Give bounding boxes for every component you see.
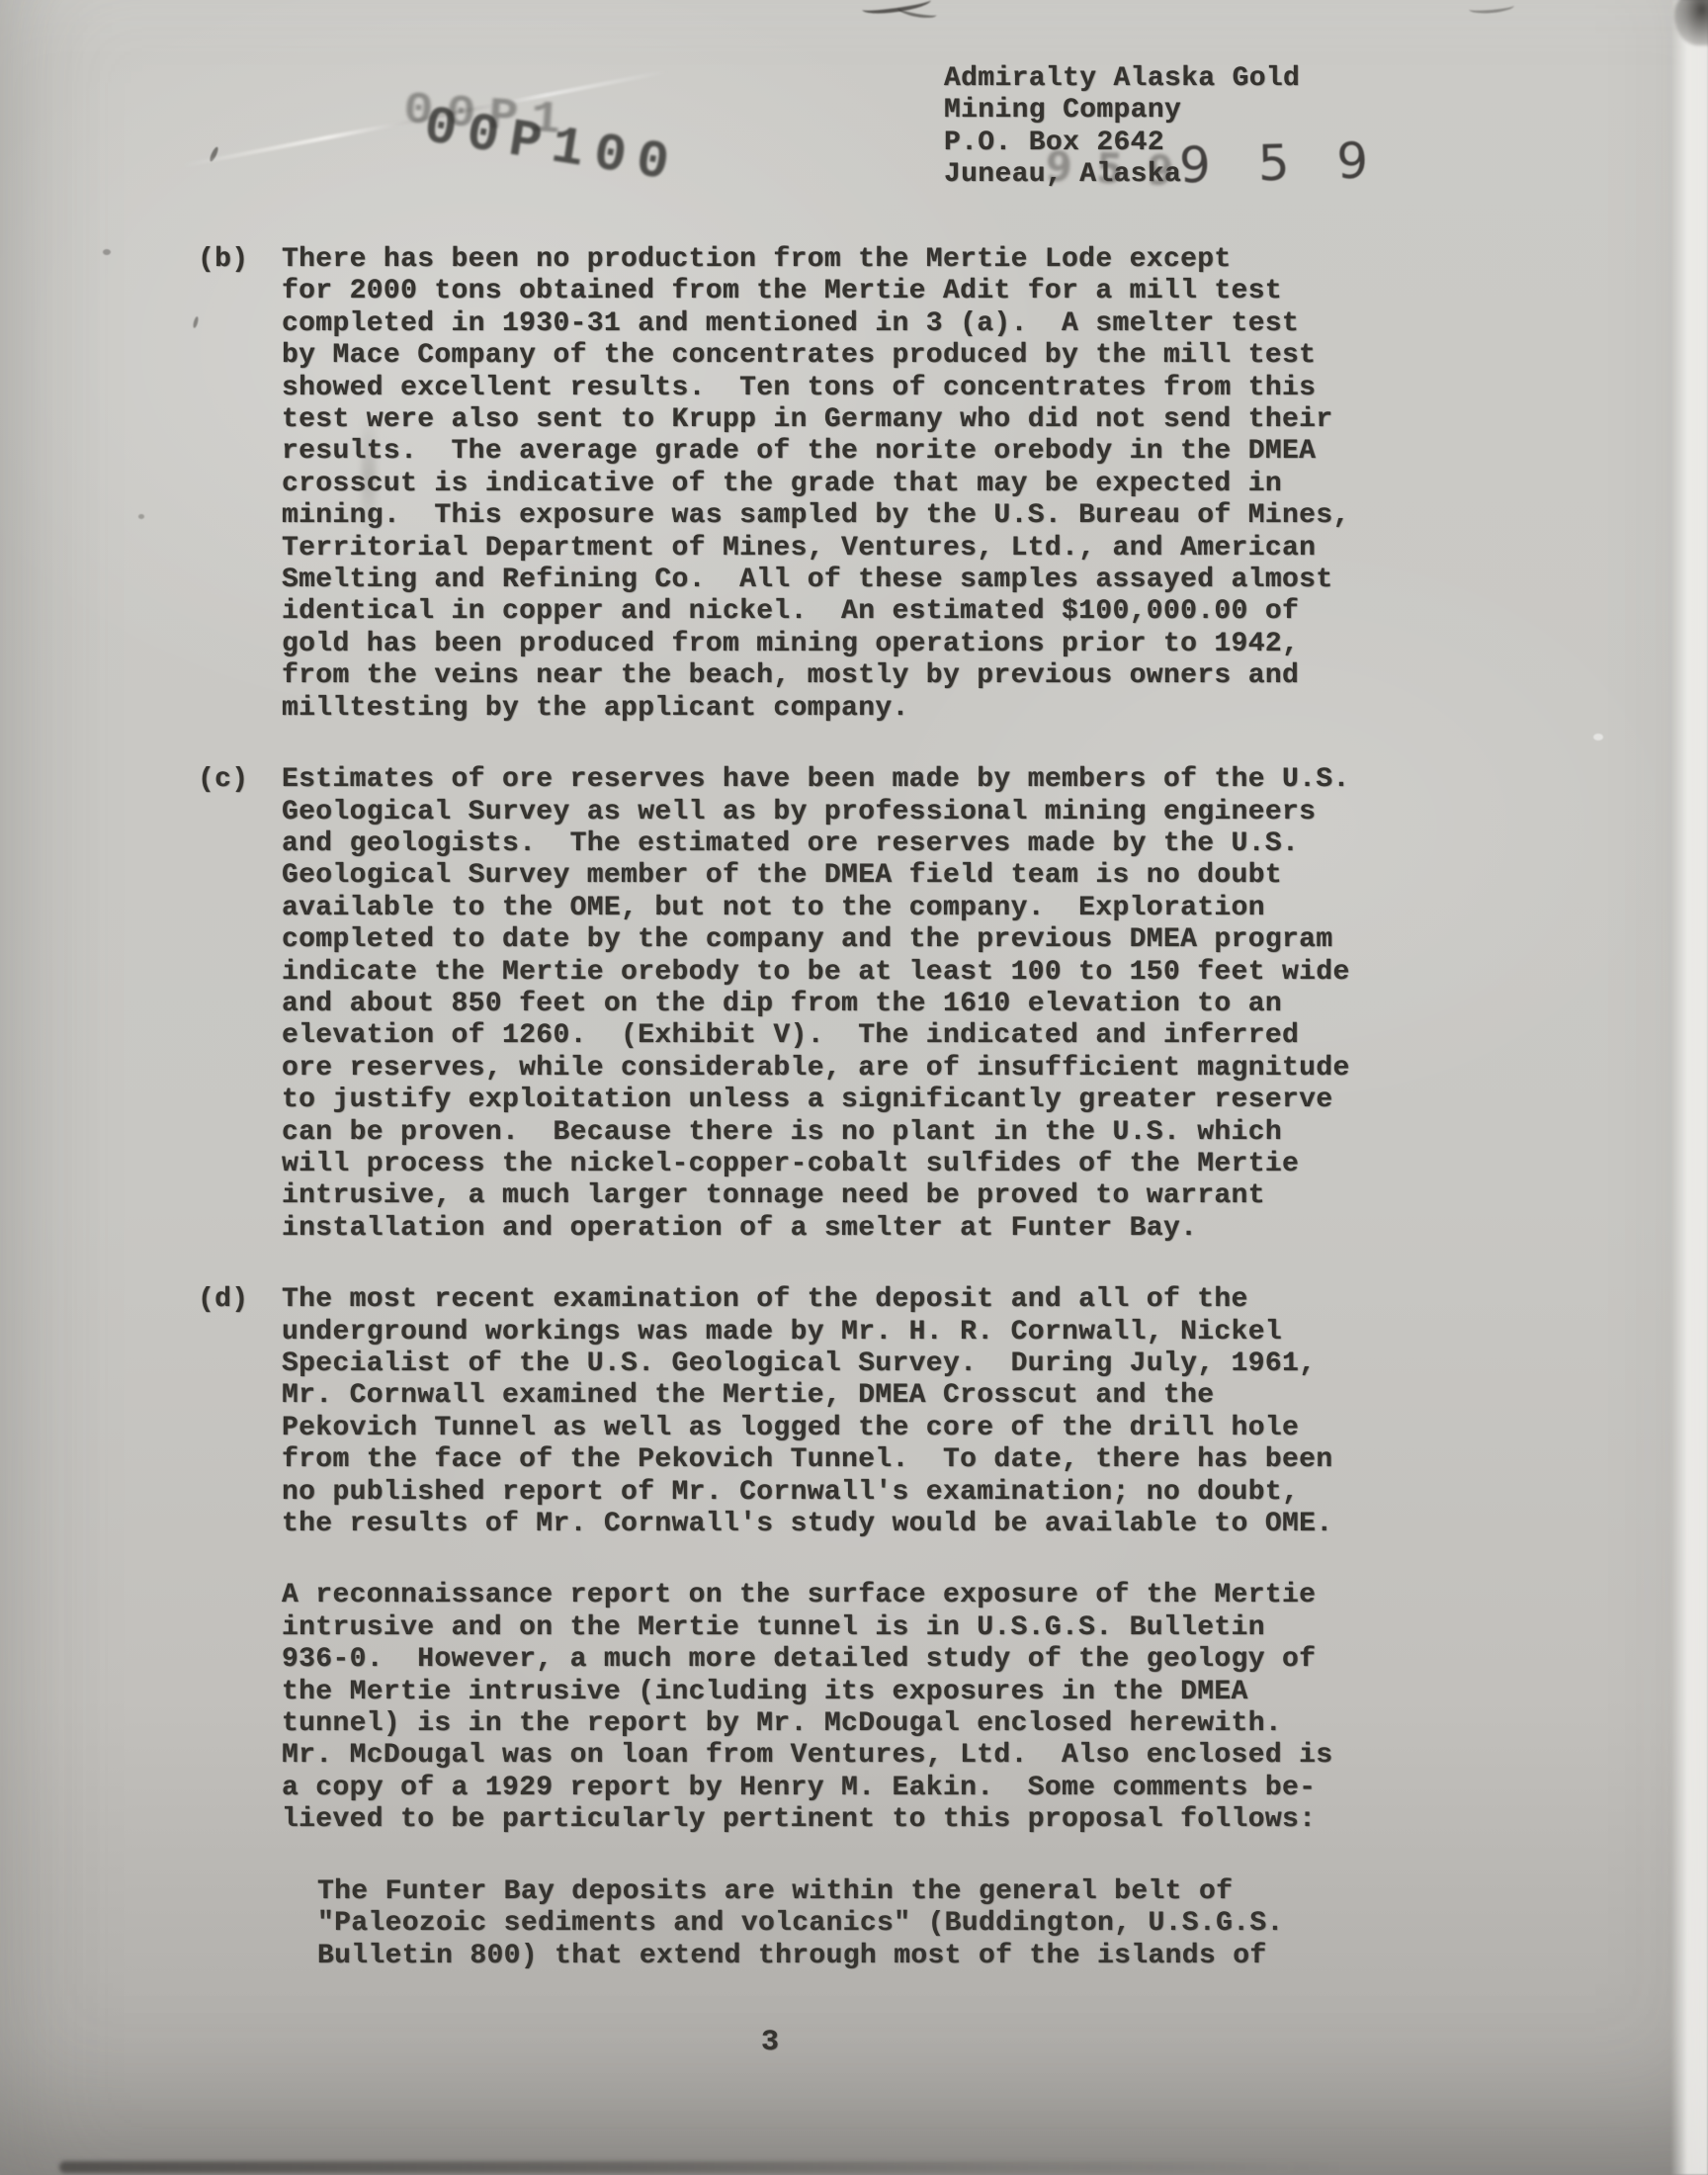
handwritten-smudge: 9 5 9: [1045, 142, 1180, 196]
text-line: and about 850 feet on the dip from the 1…: [282, 989, 1350, 1020]
text-line: Territorial Department of Mines, Venture…: [282, 533, 1350, 565]
scan-speck: [138, 514, 144, 519]
text-line: to justify exploitation unless a signifi…: [282, 1085, 1350, 1116]
letterhead-line: Admiralty Alaska Gold: [944, 63, 1300, 95]
paragraph-label: (d): [198, 1284, 248, 1316]
text-line: test were also sent to Krupp in Germany …: [282, 404, 1350, 436]
text-line: "Paleozoic sediments and volcanics" (Bud…: [317, 1908, 1350, 1940]
text-line: no published report of Mr. Cornwall's ex…: [282, 1477, 1350, 1509]
text-line: available to the OME, but not to the com…: [282, 893, 1350, 924]
text-line: by Mace Company of the concentrates prod…: [282, 340, 1350, 372]
text-line: will process the nickel-copper-cobalt su…: [282, 1149, 1350, 1180]
text-line: intrusive and on the Mertie tunnel is in…: [282, 1612, 1350, 1644]
scan-bottom-streak: [59, 2161, 1344, 2173]
text-line: gold has been produced from mining opera…: [282, 629, 1350, 660]
pen-scribble: [897, 3, 937, 21]
text-line: identical in copper and nickel. An estim…: [282, 596, 1350, 628]
document-body: (b)There has been no production from the…: [198, 244, 1350, 2012]
scan-speck: [1593, 734, 1603, 740]
text-line: for 2000 tons obtained from the Mertie A…: [282, 276, 1350, 307]
paragraph: A reconnaissance report on the surface e…: [198, 1580, 1350, 1836]
text-line: a copy of a 1929 report by Henry M. Eaki…: [282, 1773, 1350, 1804]
text-line: A reconnaissance report on the surface e…: [282, 1580, 1350, 1611]
text-line: results. The average grade of the norite…: [282, 436, 1350, 468]
paragraph: (b)There has been no production from the…: [198, 244, 1350, 725]
paragraph: (d)The most recent examination of the de…: [198, 1284, 1350, 1540]
text-line: elevation of 1260. (Exhibit V). The indi…: [282, 1020, 1350, 1052]
paragraph: (c)Estimates of ore reserves have been m…: [198, 764, 1350, 1245]
handwritten-number: 9 5 9: [1178, 131, 1385, 194]
text-line: crosscut is indicative of the grade that…: [282, 469, 1350, 500]
text-line: showed excellent results. Ten tons of co…: [282, 373, 1350, 404]
scanner-edge-strip: [1670, 0, 1708, 2175]
text-line: and geologists. The estimated ore reserv…: [282, 828, 1350, 860]
text-line: There has been no production from the Me…: [282, 244, 1350, 276]
text-line: installation and operation of a smelter …: [282, 1213, 1350, 1245]
text-line: from the veins near the beach, mostly by…: [282, 660, 1350, 692]
text-line: from the face of the Pekovich Tunnel. To…: [282, 1444, 1350, 1476]
text-line: Bulletin 800) that extend through most o…: [317, 1941, 1350, 1972]
text-line: indicate the Mertie orebody to be at lea…: [282, 957, 1350, 989]
text-line: Specialist of the U.S. Geological Survey…: [282, 1348, 1350, 1380]
text-line: can be proven. Because there is no plant…: [282, 1117, 1350, 1149]
text-line: mining. This exposure was sampled by the…: [282, 500, 1350, 532]
text-line: Pekovich Tunnel as well as logged the co…: [282, 1413, 1350, 1444]
paragraph-label: (c): [198, 764, 248, 796]
text-line: lieved to be particularly pertinent to t…: [282, 1804, 1350, 1836]
page-number: 3: [761, 2027, 779, 2058]
text-line: underground workings was made by Mr. H. …: [282, 1317, 1350, 1348]
paragraph-label: (b): [198, 244, 248, 276]
text-line: Estimates of ore reserves have been made…: [282, 764, 1350, 796]
text-line: Smelting and Refining Co. All of these s…: [282, 565, 1350, 596]
scanned-document-page: 00P100 00P100 Admiralty Alaska Gold Mini…: [0, 0, 1708, 2175]
text-line: Mr. McDougal was on loan from Ventures, …: [282, 1740, 1350, 1772]
text-line: The Funter Bay deposits are within the g…: [317, 1876, 1350, 1908]
text-line: Mr. Cornwall examined the Mertie, DMEA C…: [282, 1380, 1350, 1412]
text-line: 936-0. However, a much more detailed stu…: [282, 1644, 1350, 1676]
text-line: Geological Survey member of the DMEA fie…: [282, 860, 1350, 892]
text-line: the results of Mr. Cornwall's study woul…: [282, 1509, 1350, 1540]
letterhead-line: Mining Company: [944, 95, 1300, 127]
text-line: ore reserves, while considerable, are of…: [282, 1053, 1350, 1085]
text-line: the Mertie intrusive (including its expo…: [282, 1677, 1350, 1708]
paragraph: The Funter Bay deposits are within the g…: [198, 1876, 1350, 1972]
text-line: milltesting by the applicant company.: [282, 693, 1350, 725]
pen-scribble: [1469, 0, 1515, 15]
text-line: The most recent examination of the depos…: [282, 1284, 1350, 1316]
text-line: intrusive, a much larger tonnage need be…: [282, 1180, 1350, 1212]
text-line: tunnel) is in the report by Mr. McDougal…: [282, 1708, 1350, 1740]
scan-speck: [103, 249, 111, 255]
text-line: completed to date by the company and the…: [282, 924, 1350, 956]
text-line: completed in 1930-31 and mentioned in 3 …: [282, 308, 1350, 340]
text-line: Geological Survey as well as by professi…: [282, 797, 1350, 828]
